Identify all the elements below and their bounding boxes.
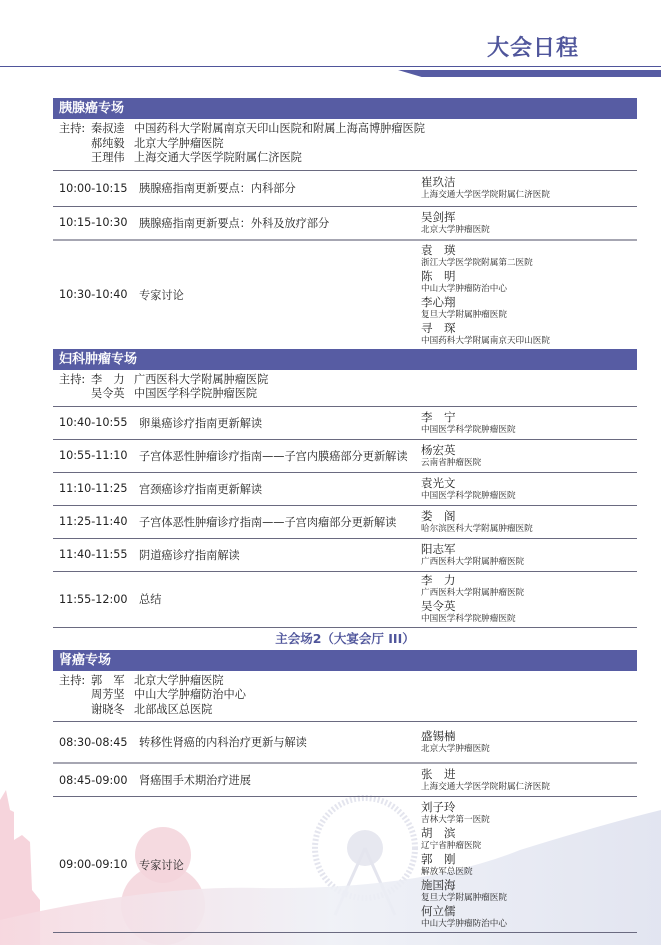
speaker-org: 上海交通大学医学院附属仁济医院 bbox=[421, 189, 637, 201]
speakers: 李 宁 中国医学科学院肿瘤医院 bbox=[421, 408, 637, 438]
time-slot: 10:15-10:30 bbox=[53, 216, 133, 229]
session-renal: 肾癌专场 主持: 郭 军 北京大学肿瘤医院 周芳坚 中山大学肿瘤防治中心 谢晓冬… bbox=[53, 650, 637, 934]
time-slot: 09:00-09:10 bbox=[53, 858, 133, 871]
topic: 胰腺癌指南更新要点：外科及放疗部分 bbox=[133, 215, 421, 231]
speaker-name: 张 进 bbox=[421, 767, 637, 781]
speaker-name: 寻 琛 bbox=[421, 321, 637, 335]
speaker-org: 中山大学肿瘤防治中心 bbox=[421, 918, 637, 930]
speaker-name: 吴剑挥 bbox=[421, 210, 637, 224]
speaker-org: 广西医科大学附属肿瘤医院 bbox=[421, 587, 637, 599]
host-row: 主持: 郭 军 北京大学肿瘤医院 bbox=[59, 674, 637, 689]
speaker-name: 胡 滨 bbox=[421, 826, 637, 840]
host-row: 吴令英 中国医学科学院肿瘤医院 bbox=[59, 387, 637, 402]
speakers: 杨宏英 云南省肿瘤医院 bbox=[421, 441, 637, 471]
speakers: 张 进 上海交通大学医学院附属仁济医院 bbox=[421, 765, 637, 795]
host-name: 郭 军 bbox=[91, 674, 134, 689]
page-title: 大会日程 bbox=[487, 31, 579, 62]
speaker-org: 吉林大学第一医院 bbox=[421, 814, 637, 826]
host-org: 北京大学肿瘤医院 bbox=[134, 137, 637, 152]
speaker-name: 阳志军 bbox=[421, 542, 637, 556]
speaker-org: 北京大学肿瘤医院 bbox=[421, 224, 637, 236]
speaker-name: 吴令英 bbox=[421, 599, 637, 613]
host-name: 周芳坚 bbox=[91, 688, 134, 703]
agenda-row: 10:15-10:30 胰腺癌指南更新要点：外科及放疗部分 吴剑挥 北京大学肿瘤… bbox=[53, 207, 637, 241]
speaker-name: 李 力 bbox=[421, 573, 637, 587]
topic: 卵巢癌诊疗指南更新解读 bbox=[133, 415, 421, 431]
speaker-org: 中山大学肿瘤防治中心 bbox=[421, 283, 637, 295]
speaker-org: 广西医科大学附属肿瘤医院 bbox=[421, 556, 637, 568]
session-pancreatic: 胰腺癌专场 主持: 秦叔逵 中国药科大学附属南京天印山医院和附属上海高博肿瘤医院… bbox=[53, 98, 637, 349]
speaker-name: 袁光文 bbox=[421, 476, 637, 490]
section-header: 妇科肿瘤专场 bbox=[53, 349, 637, 370]
time-slot: 10:00-10:15 bbox=[53, 182, 133, 195]
host-org: 中国药科大学附属南京天印山医院和附属上海高博肿瘤医院 bbox=[134, 122, 637, 137]
topic: 专家讨论 bbox=[133, 857, 421, 873]
host-row: 主持: 秦叔逵 中国药科大学附属南京天印山医院和附属上海高博肿瘤医院 bbox=[59, 122, 637, 137]
time-slot: 11:40-11:55 bbox=[53, 548, 133, 561]
hosts-block: 主持: 秦叔逵 中国药科大学附属南京天印山医院和附属上海高博肿瘤医院 郝纯毅 北… bbox=[53, 119, 637, 171]
venue-heading: 主会场2（大宴会厅 III） bbox=[53, 628, 637, 650]
speaker-org: 浙江大学医学院附属第二医院 bbox=[421, 257, 637, 269]
speaker-org: 复旦大学附属肿瘤医院 bbox=[421, 309, 637, 321]
agenda-row: 11:10-11:25 宫颈癌诊疗指南更新解读 袁光文 中国医学科学院肿瘤医院 bbox=[53, 473, 637, 506]
speakers: 李 力 广西医科大学附属肿瘤医院 吴令英 中国医学科学院肿瘤医院 bbox=[421, 571, 637, 627]
topic: 转移性肾癌的内科治疗更新与解读 bbox=[133, 734, 421, 750]
agenda-row: 10:55-11:10 子宫体恶性肿瘤诊疗指南——子宫内膜癌部分更新解读 杨宏英… bbox=[53, 440, 637, 473]
agenda-row: 08:45-09:00 肾癌围手术期治疗进展 张 进 上海交通大学医学院附属仁济… bbox=[53, 764, 637, 797]
speaker-name: 郭 刚 bbox=[421, 852, 637, 866]
host-row: 郝纯毅 北京大学肿瘤医院 bbox=[59, 137, 637, 152]
speaker-org: 上海交通大学医学院附属仁济医院 bbox=[421, 781, 637, 793]
topic: 肾癌围手术期治疗进展 bbox=[133, 772, 421, 788]
speaker-org: 中国药科大学附属南京天印山医院 bbox=[421, 335, 637, 347]
speaker-name: 李心翔 bbox=[421, 295, 637, 309]
speaker-org: 解放军总医院 bbox=[421, 866, 637, 878]
speaker-name: 李 宁 bbox=[421, 410, 637, 424]
speaker-name: 盛锡楠 bbox=[421, 729, 637, 743]
time-slot: 11:25-11:40 bbox=[53, 515, 133, 528]
speaker-name: 杨宏英 bbox=[421, 443, 637, 457]
agenda-row: 11:55-12:00 总结 李 力 广西医科大学附属肿瘤医院 吴令英 中国医学… bbox=[53, 572, 637, 628]
speaker-org: 中国医学科学院肿瘤医院 bbox=[421, 613, 637, 625]
speaker-name: 崔玖洁 bbox=[421, 175, 637, 189]
speaker-org: 北京大学肿瘤医院 bbox=[421, 743, 637, 755]
speaker-name: 何立儒 bbox=[421, 904, 637, 918]
topic: 子宫体恶性肿瘤诊疗指南——子宫内膜癌部分更新解读 bbox=[133, 448, 421, 464]
topic: 子宫体恶性肿瘤诊疗指南——子宫肉瘤部分更新解读 bbox=[133, 514, 421, 530]
host-org: 中国医学科学院肿瘤医院 bbox=[134, 387, 637, 402]
topic: 阴道癌诊疗指南解读 bbox=[133, 547, 421, 563]
time-slot: 10:30-10:40 bbox=[53, 288, 133, 301]
speaker-org: 云南省肿瘤医院 bbox=[421, 457, 637, 469]
speaker-org: 中国医学科学院肿瘤医院 bbox=[421, 490, 637, 502]
speaker-name: 娄 阁 bbox=[421, 509, 637, 523]
section-header: 胰腺癌专场 bbox=[53, 98, 637, 119]
agenda-row: 10:40-10:55 卵巢癌诊疗指南更新解读 李 宁 中国医学科学院肿瘤医院 bbox=[53, 407, 637, 440]
agenda-row: 11:25-11:40 子宫体恶性肿瘤诊疗指南——子宫肉瘤部分更新解读 娄 阁 … bbox=[53, 506, 637, 539]
hosts-block: 主持: 郭 军 北京大学肿瘤医院 周芳坚 中山大学肿瘤防治中心 谢晓冬 北部战区… bbox=[53, 671, 637, 723]
agenda-row: 10:30-10:40 专家讨论 袁 瑛 浙江大学医学院附属第二医院 陈 明 中… bbox=[53, 241, 637, 349]
speaker-org: 中国医学科学院肿瘤医院 bbox=[421, 424, 637, 436]
host-label: 主持: bbox=[59, 674, 91, 689]
host-org: 上海交通大学医学院附属仁济医院 bbox=[134, 151, 637, 166]
speakers: 刘子玲 吉林大学第一医院 胡 滨 辽宁省肿瘤医院 郭 刚 解放军总医院 施国海 … bbox=[421, 798, 637, 932]
host-row: 王理伟 上海交通大学医学院附属仁济医院 bbox=[59, 151, 637, 166]
host-name: 吴令英 bbox=[91, 387, 134, 402]
time-slot: 10:40-10:55 bbox=[53, 416, 133, 429]
topic: 胰腺癌指南更新要点：内科部分 bbox=[133, 180, 421, 196]
host-name: 谢晓冬 bbox=[91, 703, 134, 718]
speaker-name: 刘子玲 bbox=[421, 800, 637, 814]
schedule: 胰腺癌专场 主持: 秦叔逵 中国药科大学附属南京天印山医院和附属上海高博肿瘤医院… bbox=[53, 98, 637, 933]
title-divider bbox=[0, 66, 661, 67]
host-name: 王理伟 bbox=[91, 151, 134, 166]
host-name: 郝纯毅 bbox=[91, 137, 134, 152]
speakers: 袁 瑛 浙江大学医学院附属第二医院 陈 明 中山大学肿瘤防治中心 李心翔 复旦大… bbox=[421, 241, 637, 349]
time-slot: 08:30-08:45 bbox=[53, 736, 133, 749]
speaker-org: 辽宁省肿瘤医院 bbox=[421, 840, 637, 852]
hosts-block: 主持: 李 力 广西医科大学附属肿瘤医院 吴令英 中国医学科学院肿瘤医院 bbox=[53, 370, 637, 407]
speakers: 袁光文 中国医学科学院肿瘤医院 bbox=[421, 474, 637, 504]
host-org: 北部战区总医院 bbox=[134, 703, 637, 718]
time-slot: 11:55-12:00 bbox=[53, 593, 133, 606]
agenda-row: 11:40-11:55 阴道癌诊疗指南解读 阳志军 广西医科大学附属肿瘤医院 bbox=[53, 539, 637, 572]
topic: 宫颈癌诊疗指南更新解读 bbox=[133, 481, 421, 497]
title-accent-bar bbox=[398, 70, 661, 77]
host-label: 主持: bbox=[59, 373, 91, 388]
speaker-name: 施国海 bbox=[421, 878, 637, 892]
host-row: 主持: 李 力 广西医科大学附属肿瘤医院 bbox=[59, 373, 637, 388]
speaker-org: 哈尔滨医科大学附属肿瘤医院 bbox=[421, 523, 637, 535]
agenda-row: 08:30-08:45 转移性肾癌的内科治疗更新与解读 盛锡楠 北京大学肿瘤医院 bbox=[53, 722, 637, 764]
time-slot: 08:45-09:00 bbox=[53, 774, 133, 787]
section-header: 肾癌专场 bbox=[53, 650, 637, 671]
host-name: 秦叔逵 bbox=[91, 122, 134, 137]
speakers: 崔玖洁 上海交通大学医学院附属仁济医院 bbox=[421, 173, 637, 203]
time-slot: 10:55-11:10 bbox=[53, 449, 133, 462]
host-label: 主持: bbox=[59, 122, 91, 137]
host-org: 中山大学肿瘤防治中心 bbox=[134, 688, 637, 703]
agenda-row: 09:00-09:10 专家讨论 刘子玲 吉林大学第一医院 胡 滨 辽宁省肿瘤医… bbox=[53, 797, 637, 933]
speaker-org: 复旦大学附属肿瘤医院 bbox=[421, 892, 637, 904]
speakers: 盛锡楠 北京大学肿瘤医院 bbox=[421, 727, 637, 757]
host-org: 北京大学肿瘤医院 bbox=[134, 674, 637, 689]
host-row: 谢晓冬 北部战区总医院 bbox=[59, 703, 637, 718]
host-name: 李 力 bbox=[91, 373, 134, 388]
time-slot: 11:10-11:25 bbox=[53, 482, 133, 495]
agenda-row: 10:00-10:15 胰腺癌指南更新要点：内科部分 崔玖洁 上海交通大学医学院… bbox=[53, 171, 637, 207]
topic: 总结 bbox=[133, 591, 421, 607]
host-org: 广西医科大学附属肿瘤医院 bbox=[134, 373, 637, 388]
speaker-name: 袁 瑛 bbox=[421, 243, 637, 257]
topic: 专家讨论 bbox=[133, 287, 421, 303]
host-row: 周芳坚 中山大学肿瘤防治中心 bbox=[59, 688, 637, 703]
session-gynecologic: 妇科肿瘤专场 主持: 李 力 广西医科大学附属肿瘤医院 吴令英 中国医学科学院肿… bbox=[53, 349, 637, 628]
speakers: 娄 阁 哈尔滨医科大学附属肿瘤医院 bbox=[421, 507, 637, 537]
speakers: 吴剑挥 北京大学肿瘤医院 bbox=[421, 208, 637, 238]
speaker-name: 陈 明 bbox=[421, 269, 637, 283]
speakers: 阳志军 广西医科大学附属肿瘤医院 bbox=[421, 540, 637, 570]
